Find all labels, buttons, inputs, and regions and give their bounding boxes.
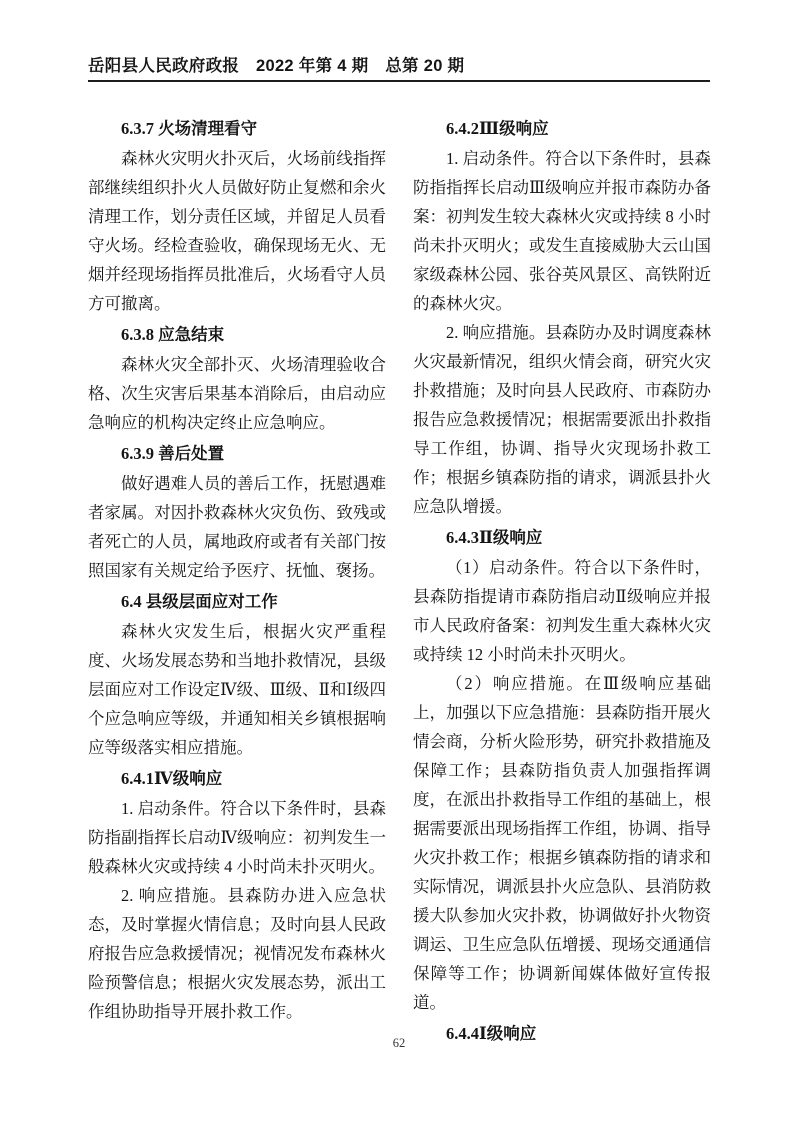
section-heading-6-3-9: 6.3.9 善后处置: [88, 439, 386, 468]
gazette-masthead: 岳阳县人民政府政报 2022 年第 4 期 总第 20 期: [88, 57, 464, 75]
paragraph-emergency-end: 森林火灾全部扑灭、火场清理验收合格、次生灾害后果基本消除后，由启动应急响应的机构…: [88, 350, 386, 437]
section-heading-6-3-7: 6.3.7 火场清理看守: [88, 114, 386, 143]
section-heading-6-3-8: 6.3.8 应急结束: [88, 320, 386, 349]
gazette-page: 岳阳县人民政府政报 2022 年第 4 期 总第 20 期 6.3.7 火场清理…: [0, 0, 793, 1122]
paragraph-county-response-levels: 森林火灾发生后，根据火灾严重程度、火场发展态势和当地扑救情况，县级层面应对工作设…: [88, 617, 386, 762]
paragraph-level3-conditions: 1. 启动条件。符合以下条件时，县森防指指挥长启动Ⅲ级响应并报市森防办备案：初判…: [413, 144, 711, 318]
page-header: 岳阳县人民政府政报 2022 年第 4 期 总第 20 期: [88, 52, 710, 82]
paragraph-level4-measures: 2. 响应措施。县森防办进入应急状态，及时掌握火情信息；及时向县人民政府报告应急…: [88, 881, 386, 1026]
left-column: 6.3.7 火场清理看守 森林火灾明火扑灭后，火场前线指挥部继续组织扑火人员做好…: [88, 112, 386, 1026]
section-heading-6-4-1: 6.4.1Ⅳ级响应: [88, 764, 386, 793]
section-heading-6-4-3: 6.4.3Ⅱ级响应: [413, 523, 711, 552]
paragraph-level2-conditions: （1）启动条件。符合以下条件时，县森防指提请市森防指启动Ⅱ级响应并报市人民政府备…: [413, 553, 711, 669]
page-number: 62: [88, 1036, 710, 1051]
paragraph-aftermath-handling: 做好遇难人员的善后工作，抚慰遇难者家属。对因扑救森林火灾负伤、致残或者死亡的人员…: [88, 469, 386, 585]
paragraph-level2-measures: （2）响应措施。在Ⅲ级响应基础上，加强以下应急措施：县森防指开展火情会商，分析火…: [413, 669, 711, 1017]
section-heading-6-4: 6.4 县级层面应对工作: [88, 587, 386, 616]
paragraph-level3-measures: 2. 响应措施。县森防办及时调度森林火灾最新情况，组织火情会商，研究火灾扑救措施…: [413, 318, 711, 521]
section-heading-6-4-2: 6.4.2Ⅲ级响应: [413, 114, 711, 143]
paragraph-level4-conditions: 1. 启动条件。符合以下条件时，县森防指副指挥长启动Ⅳ级响应：初判发生一般森林火…: [88, 794, 386, 881]
right-column: 6.4.2Ⅲ级响应 1. 启动条件。符合以下条件时，县森防指指挥长启动Ⅲ级响应并…: [413, 112, 711, 1049]
paragraph-fire-site-guarding: 森林火灾明火扑灭后，火场前线指挥部继续组织扑火人员做好防止复燃和余火清理工作，划…: [88, 144, 386, 318]
